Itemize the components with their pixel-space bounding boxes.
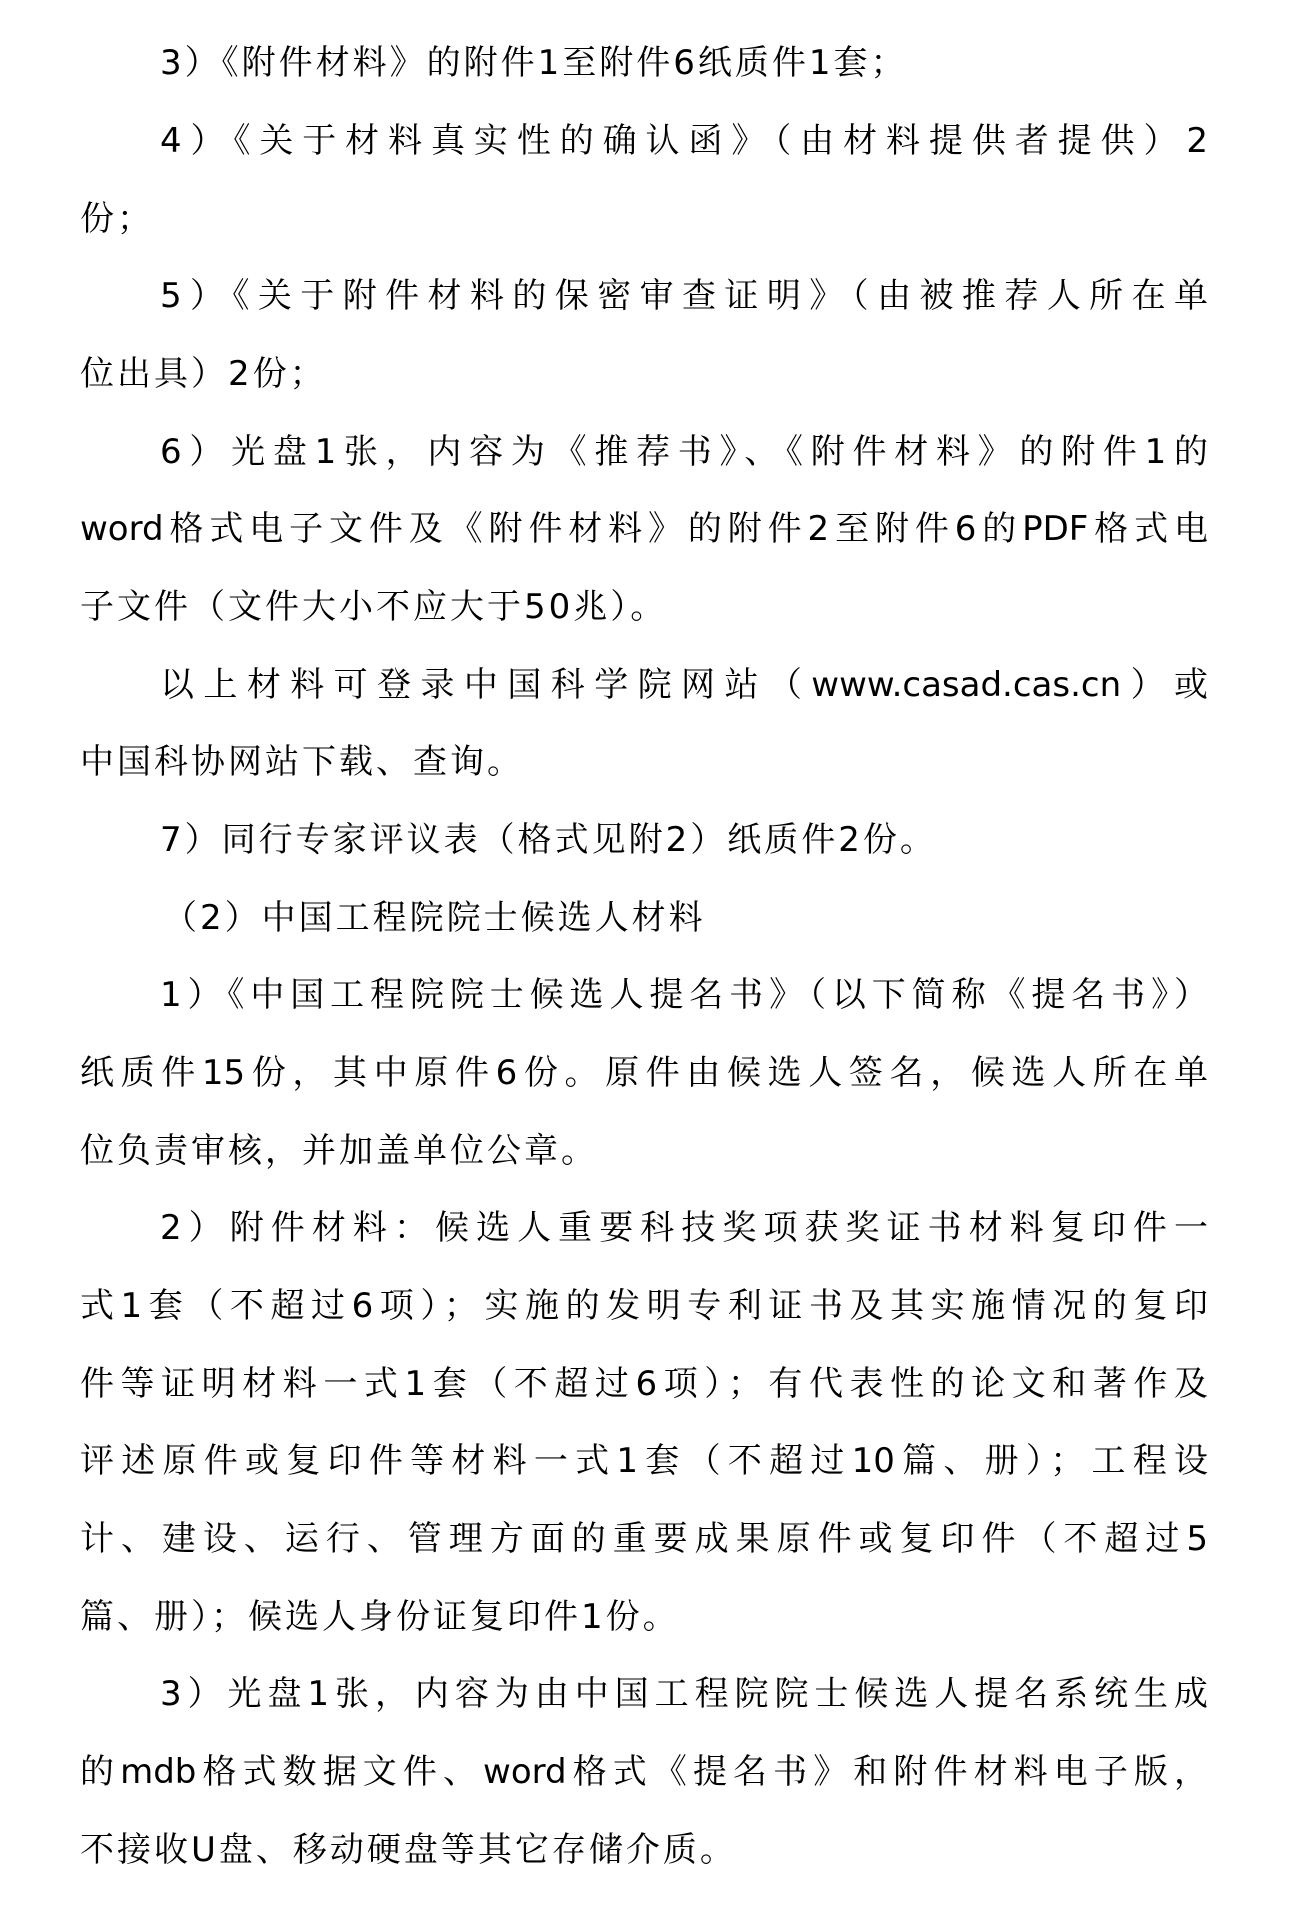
list-item-3-attachments-paper: 3）《附件材料》的附件1至附件6纸质件1套； (160, 37, 1208, 89)
cae-item-2-continued-5: 篇、册）；候选人身份证复印件1份。 (80, 1591, 1208, 1643)
cae-item-2-attachments: 2）附件材料：候选人重要科技奖项获奖证书材料复印件一 (160, 1202, 1208, 1254)
document-page: 3）《附件材料》的附件1至附件6纸质件1套； 4）《关于材料真实性的确认函》（由… (0, 0, 1302, 1907)
cae-item-3-disc: 3）光盘1张，内容为由中国工程院院士候选人提名系统生成 (160, 1668, 1208, 1720)
list-item-6-disc: 6）光盘1张，内容为《推荐书》、《附件材料》的附件1的 (160, 426, 1208, 478)
list-item-4-authenticity-letter: 4）《关于材料真实性的确认函》（由材料提供者提供）2 (160, 115, 1208, 167)
list-item-5-continued: 位出具）2份； (80, 348, 1208, 400)
cae-item-1-nomination-form: 1）《中国工程院院士候选人提名书》（以下简称《提名书》） (160, 969, 1208, 1021)
list-item-4-continued: 份； (80, 193, 1208, 245)
list-item-6-continued-1: word格式电子文件及《附件材料》的附件2至附件6的PDF格式电 (80, 503, 1208, 555)
cae-item-1-continued-1: 纸质件15份，其中原件6份。原件由候选人签名，候选人所在单 (80, 1047, 1208, 1099)
cae-item-3-continued-2: 不接收U盘、移动硬盘等其它存储介质。 (80, 1824, 1208, 1876)
cae-item-2-continued-1: 式1套（不超过6项）；实施的发明专利证书及其实施情况的复印 (80, 1280, 1208, 1332)
download-note-continued: 中国科协网站下载、查询。 (80, 736, 1208, 788)
list-item-5-confidentiality-proof: 5）《关于附件材料的保密审查证明》（由被推荐人所在单 (160, 270, 1208, 322)
list-item-6-continued-2: 子文件（文件大小不应大于50兆）。 (80, 581, 1208, 633)
section-heading-cae-candidate-materials: （2）中国工程院院士候选人材料 (163, 892, 1208, 944)
cae-item-3-continued-1: 的mdb格式数据文件、word格式《提名书》和附件材料电子版， (80, 1746, 1208, 1798)
cae-item-2-continued-4: 计、建设、运行、管理方面的重要成果原件或复印件（不超过5 (80, 1513, 1208, 1565)
cae-item-2-continued-2: 件等证明材料一式1套（不超过6项）；有代表性的论文和著作及 (80, 1358, 1208, 1410)
download-note: 以上材料可登录中国科学院网站（www.casad.cas.cn）或 (160, 659, 1208, 711)
list-item-7-peer-review: 7）同行专家评议表（格式见附2）纸质件2份。 (160, 814, 1208, 866)
cae-item-1-continued-2: 位负责审核，并加盖单位公章。 (80, 1125, 1208, 1177)
cae-item-2-continued-3: 评述原件或复印件等材料一式1套（不超过10篇、册）；工程设 (80, 1435, 1208, 1487)
